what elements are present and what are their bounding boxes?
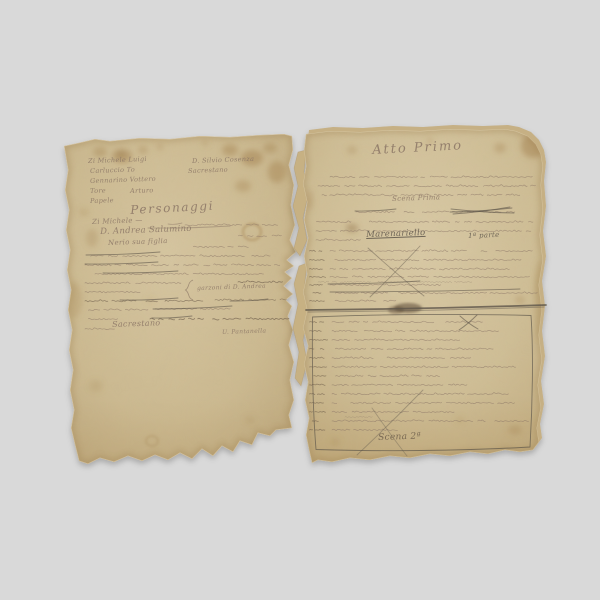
manuscript-photo: Zi Michele Luigi D. Silvio Cosenza Carlu… [0, 0, 600, 600]
right-page-sheet [293, 120, 550, 475]
right-page-aging [295, 120, 550, 475]
left-page-sheet [55, 125, 305, 475]
torn-binding-flap [293, 150, 308, 256]
manuscript-artwork [0, 0, 600, 600]
